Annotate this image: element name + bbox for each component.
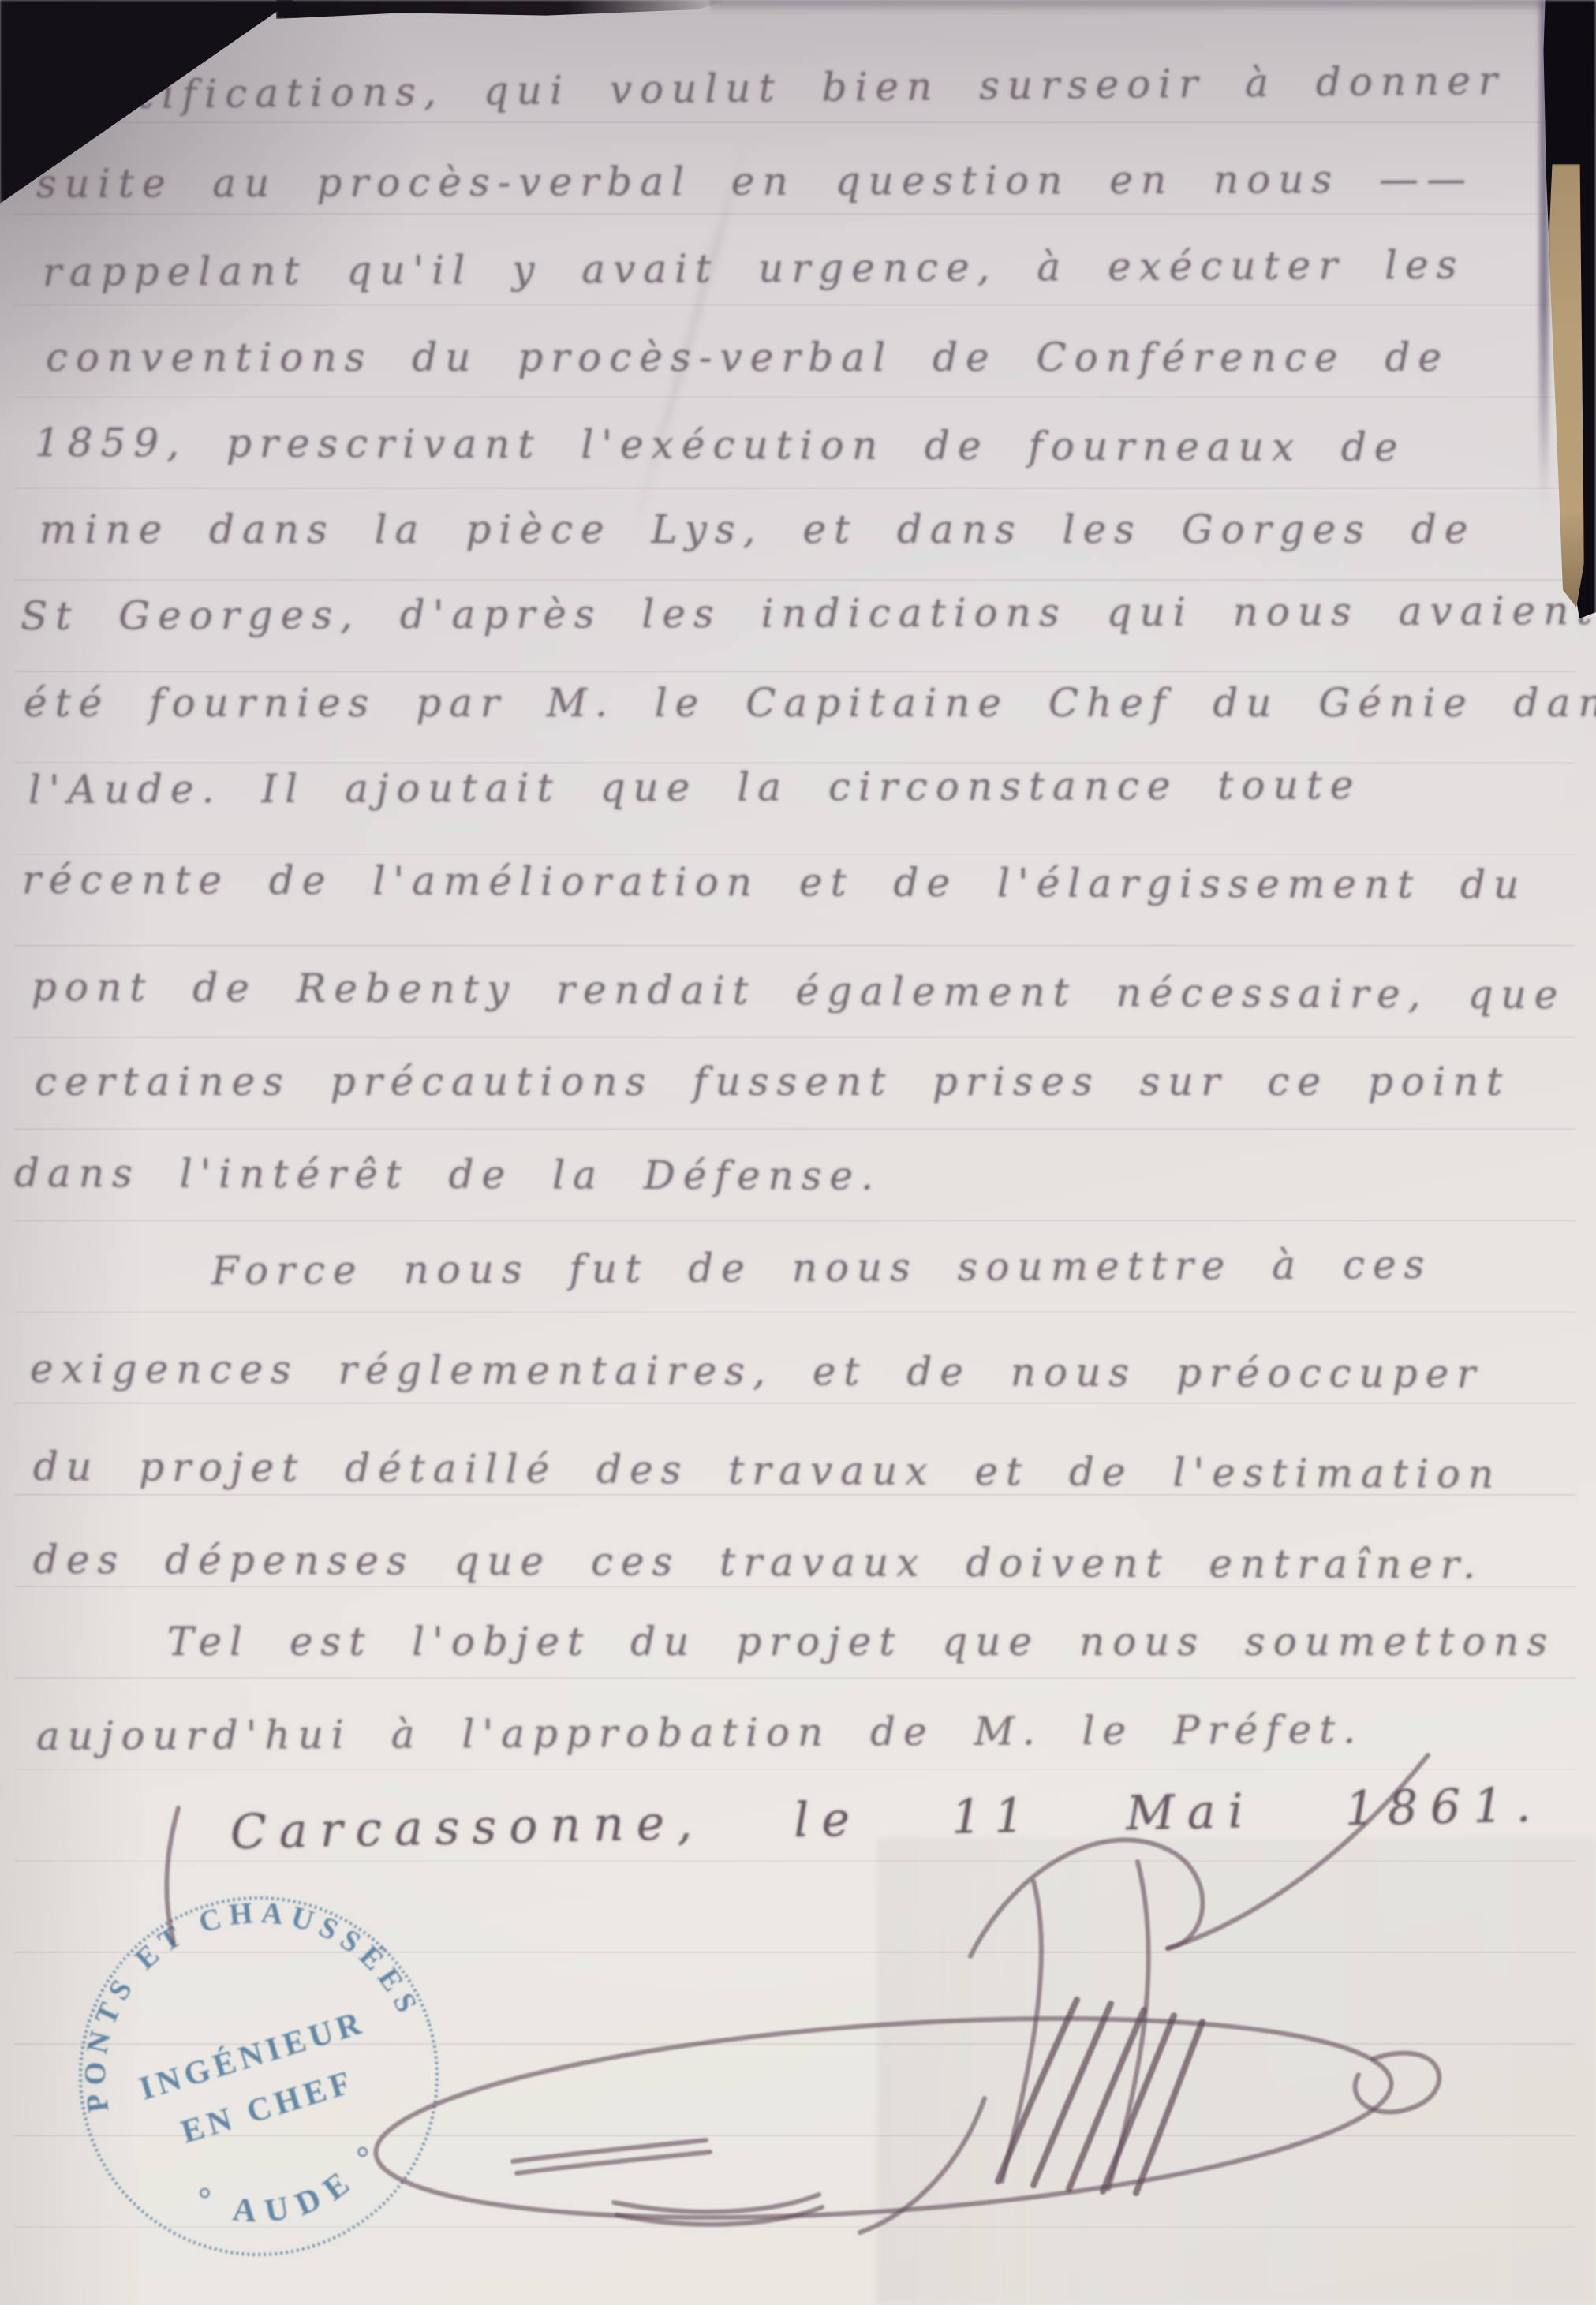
manuscript-photo: fortifications, qui voulut bien surseoir… <box>0 0 1596 2305</box>
manuscript-line: pont de Rebenty rendait également nécess… <box>32 964 1566 1018</box>
manuscript-line: été fournies par M. le Capitaine Chef du… <box>24 680 1596 726</box>
manuscript-line: 1859, prescrivant l'exécution de fournea… <box>35 420 1406 470</box>
manuscript-line: des dépenses que ces travaux doivent ent… <box>33 1537 1483 1587</box>
signature-stroke <box>1033 2004 1111 2185</box>
signature-rising-tail <box>1168 1755 1428 1948</box>
manuscript-line: conventions du procès-verbal de Conféren… <box>46 334 1449 380</box>
manuscript-line: mine dans la pièce Lys, et dans les Gorg… <box>39 506 1475 552</box>
signature-underline <box>614 2195 819 2212</box>
manuscript-line: l'Aude. Il ajoutait que la circonstance … <box>28 762 1362 813</box>
manuscript-line: du projet détaillé des travaux et de l'e… <box>33 1444 1501 1497</box>
manuscript-line: certaines précautions fussent prises sur… <box>35 1059 1510 1104</box>
photo-edge-shadow-top <box>710 0 1546 13</box>
manuscript-line: Tel est l'objet du projet que nous soume… <box>167 1619 1555 1664</box>
manuscript-line: Force nous fut de nous soumettre à ces <box>211 1242 1433 1294</box>
signature-ascender <box>1002 1881 1041 2181</box>
photo-edge-fade-right <box>1560 593 1596 696</box>
signature-cap-loop <box>970 1840 1202 1956</box>
manuscript-line: rappelant qu'il y avait urgence, à exécu… <box>43 242 1465 295</box>
manuscript-line: récente de l'amélioration et de l'élargi… <box>22 857 1527 908</box>
manuscript-line: St Georges, d'après les indications qui … <box>21 588 1596 639</box>
manuscript-line: dans l'intérêt de la Défense. <box>14 1150 881 1199</box>
signature-flourish <box>118 1720 1499 2303</box>
signature-ascender <box>1108 1862 1149 2189</box>
signature-ellipse <box>369 1989 1397 2246</box>
signature-underline <box>513 2140 706 2161</box>
signature-stroke <box>1136 2022 1202 2193</box>
paraph-tail-stroke <box>166 1808 178 1942</box>
manuscript-line: exigences réglementaires, et de nous pré… <box>30 1346 1483 1396</box>
signature-curl <box>1355 2053 1440 2113</box>
manuscript-line: suite au procès-verbal en question en no… <box>36 156 1474 207</box>
